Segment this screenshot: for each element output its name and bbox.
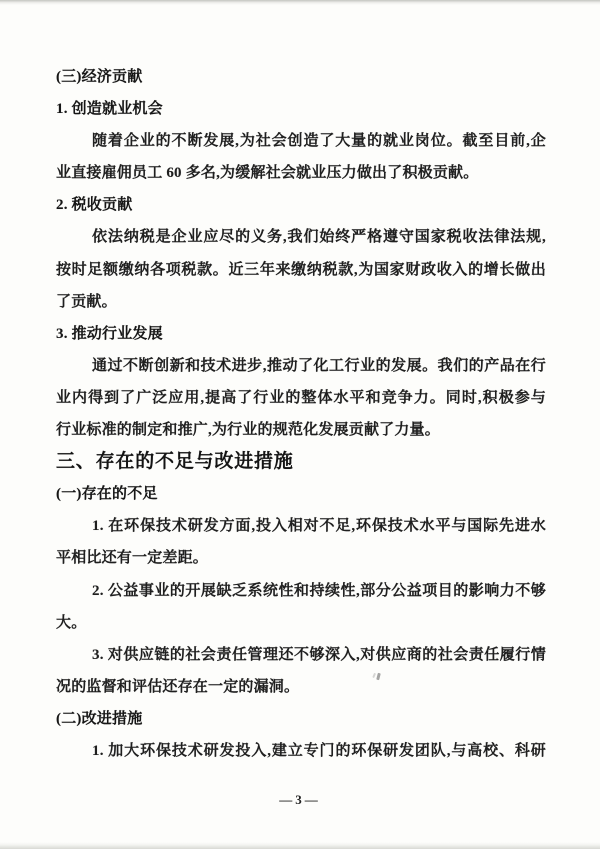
body-line: 3. 对供应链的社会责任管理还不够深入,对供应商的社会责任履行情 xyxy=(56,639,546,671)
body-line: 平相比还有一定差距。 xyxy=(56,542,546,574)
scan-edge-top xyxy=(0,0,600,5)
subsection-heading: (三)经济贡献 xyxy=(56,61,546,93)
body-line: 1. 在环保技术研发方面,投入相对不足,环保技术水平与国际先进水 xyxy=(56,510,546,542)
body-line: 按时足额缴纳各项税款。近三年来缴纳税款,为国家财政收入的增长做出 xyxy=(56,254,546,286)
body-line: 随着企业的不断发展,为社会创造了大量的就业岗位。截至目前,企 xyxy=(56,125,546,157)
scan-edge-bottom xyxy=(0,842,600,849)
body-line: 业直接雇佣员工 60 多名,为缓解社会就业压力做出了积极贡献。 xyxy=(56,157,546,189)
document-content: (三)经济贡献 1. 创造就业机会 随着企业的不断发展,为社会创造了大量的就业岗… xyxy=(56,61,546,767)
body-line: 大。 xyxy=(56,607,546,639)
body-line: 2. 公益事业的开展缺乏系统性和持续性,部分公益项目的影响力不够 xyxy=(56,575,546,607)
body-line: 业内得到了广泛应用,提高了行业的整体水平和竞争力。同时,积极参与 xyxy=(56,382,546,414)
subsection-heading: (二)改进措施 xyxy=(56,703,546,735)
page-footer: —3— xyxy=(0,791,600,809)
body-line: 了贡献。 xyxy=(56,286,546,318)
body-line: 1. 加大环保技术研发投入,建立专门的环保研发团队,与高校、科研 xyxy=(56,735,546,767)
subsection-heading: (一)存在的不足 xyxy=(56,478,546,510)
chapter-heading: 三、存在的不足与改进措施 xyxy=(56,446,546,478)
body-line: 行业标准的制定和推广,为行业的规范化发展贡献了力量。 xyxy=(56,414,546,446)
page-number: —3— xyxy=(279,792,321,807)
numbered-heading: 2. 税收贡献 xyxy=(56,189,546,221)
body-line: 况的监督和评估还存在一定的漏洞。 xyxy=(56,671,546,703)
document-page: (三)经济贡献 1. 创造就业机会 随着企业的不断发展,为社会创造了大量的就业岗… xyxy=(0,0,600,849)
body-line: 通过不断创新和技术进步,推动了化工行业的发展。我们的产品在行 xyxy=(56,350,546,382)
numbered-heading: 3. 推动行业发展 xyxy=(56,318,546,350)
numbered-heading: 1. 创造就业机会 xyxy=(56,93,546,125)
body-line: 依法纳税是企业应尽的义务,我们始终严格遵守国家税收法律法规, xyxy=(56,221,546,253)
